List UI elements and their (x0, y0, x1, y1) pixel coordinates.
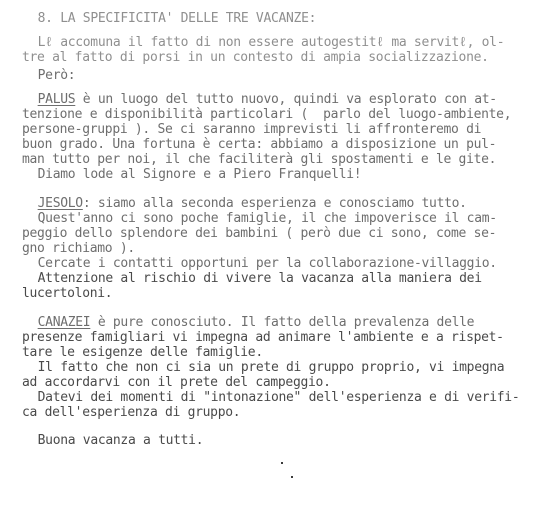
underlined-place-name: CANAZEI (38, 315, 91, 330)
document-body: 8. LA SPECIFICITA' DELLE TRE VACANZE:Lℓ … (0, 0, 533, 448)
text-line: ad accordarvi con il prete del campeggio… (22, 375, 533, 390)
text-line: JESOLO: siamo alla seconda esperienza e … (22, 196, 533, 211)
ink-speck (281, 462, 283, 464)
text-line: Cercate i contatti opportuni per la coll… (22, 256, 533, 271)
text-line: tare le esigenze delle famiglie. (22, 345, 533, 360)
text-line: ca dell'esperienza di gruppo. (22, 405, 533, 420)
underlined-place-name: PALUS (38, 92, 76, 107)
text-line: tre al fatto di porsi in un contesto di … (22, 50, 533, 65)
text-line: Però: (22, 68, 533, 83)
text-line: persone-gruppi ). Se ci saranno imprevis… (22, 122, 533, 137)
text-line: man tutto per noi, il che faciliterà gli… (22, 152, 533, 167)
text-line: Il fatto che non ci sia un prete di grup… (22, 360, 533, 375)
text-line: Diamo lode al Signore e a Piero Franquel… (22, 167, 533, 182)
text-line: lucertoloni. (22, 286, 533, 301)
text-line: Quest'anno ci sono poche famiglie, il ch… (22, 211, 533, 226)
ink-speck (291, 476, 293, 478)
text-line: presenze famigliari vi impegna ad animar… (22, 330, 533, 345)
text-line: Lℓ accomuna il fatto di non essere autog… (22, 35, 533, 50)
document-heading: 8. LA SPECIFICITA' DELLE TRE VACANZE: (22, 11, 533, 26)
text-line: gno richiamo ). (22, 241, 533, 256)
underlined-place-name: JESOLO (38, 196, 83, 211)
scanned-document-page: 8. LA SPECIFICITA' DELLE TRE VACANZE:Lℓ … (0, 0, 533, 522)
text-line: tenzione e disponibilità particolari ( p… (22, 107, 533, 122)
text-line: Datevi dei momenti di "intonazione" dell… (22, 390, 533, 405)
text-line: CANAZEI è pure conosciuto. Il fatto dell… (22, 315, 533, 330)
text-line: PALUS è un luogo del tutto nuovo, quindi… (22, 92, 533, 107)
text-line: buon grado. Una fortuna è certa: abbiamo… (22, 137, 533, 152)
text-line: peggio dello splendore dei bambini ( per… (22, 226, 533, 241)
text-line: Attenzione al rischio di vivere la vacan… (22, 271, 533, 286)
text-line: Buona vacanza a tutti. (22, 433, 533, 448)
